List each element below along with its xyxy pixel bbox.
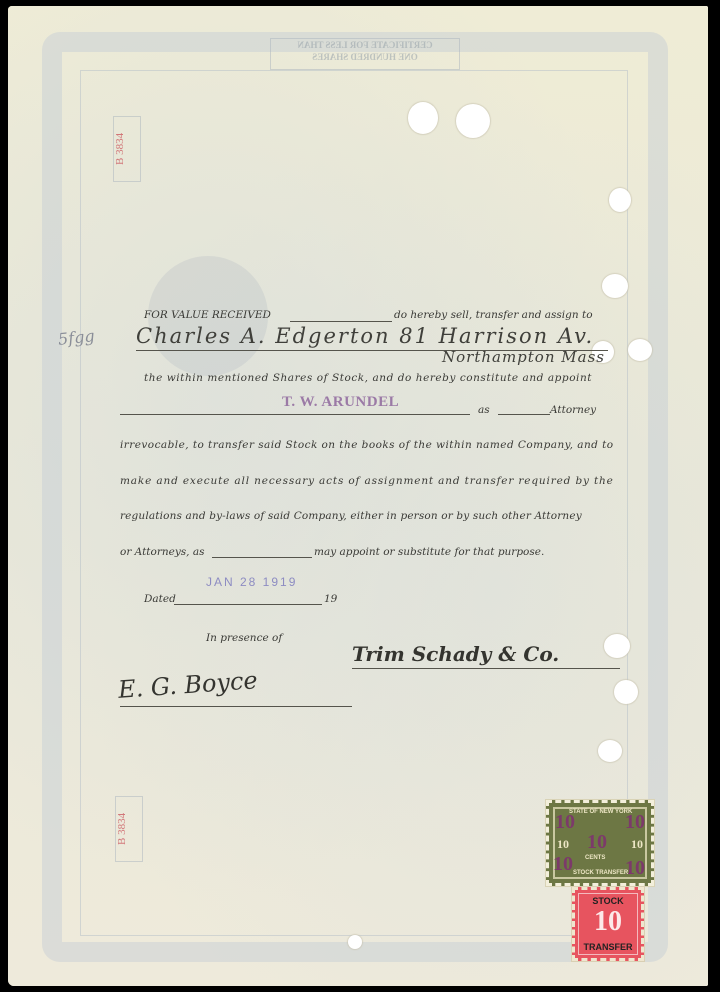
punch-hole [604, 634, 630, 658]
certificate-paper: CERTIFICATE FOR LESS THAN ONE HUNDRED SH… [8, 6, 708, 986]
in-presence-of-label: In presence of [206, 632, 282, 644]
overprint-bottom-right: 10 [625, 857, 645, 880]
attorney-name-stamp: T. W. ARUNDEL [282, 394, 399, 411]
attorney-name-line [120, 414, 470, 415]
stamp-purpose: STOCK TRANSFER [573, 870, 628, 876]
year-prefix: 19 [324, 593, 337, 605]
stamp-issuer: STATE OF NEW YORK [569, 809, 632, 815]
punch-hole [408, 102, 438, 134]
witness-line [120, 706, 352, 707]
as-label: as [478, 404, 490, 416]
irrevocable-text: irrevocable, to transfer said Stock on t… [120, 439, 614, 451]
substitute-blank-line [212, 557, 312, 558]
federal-stock-transfer-stamp: STOCK 10 TRANSFER [572, 887, 644, 961]
stamp-bottom-label: TRANSFER [575, 942, 641, 952]
assignor-signature: Trim Schady & Co. [352, 642, 559, 666]
stamp-value: 10 [575, 906, 641, 938]
assignee-address-handwritten: Northampton Mass [442, 348, 605, 366]
header-bleed-line-2: ONE HUNDRED SHARES [271, 51, 459, 63]
appoint-substitute-text: may appoint or substitute for that purpo… [314, 546, 544, 558]
sell-transfer-assign-text: do hereby sell, transfer and assign to [394, 309, 593, 321]
overprint-center: 10 [587, 831, 607, 854]
punch-hole [609, 188, 631, 212]
overprint-bottom-left: 10 [553, 853, 573, 876]
assignor-signature-line [352, 668, 620, 669]
punch-hole [614, 680, 638, 704]
attorney-label: Attorney [550, 404, 596, 416]
header-bleed-through: CERTIFICATE FOR LESS THAN ONE HUNDRED SH… [270, 38, 460, 70]
shares-of-stock-text: the within mentioned Shares of Stock, an… [144, 372, 592, 384]
stamp-denomination: CENTS [585, 855, 605, 861]
punch-hole [456, 104, 490, 138]
assignor-blank-line [290, 321, 392, 322]
stamp-side-value-left: 10 [557, 837, 569, 852]
dated-label: Dated [144, 593, 176, 605]
attorney-as-line [498, 414, 550, 415]
punch-hole [602, 274, 628, 298]
date-stamp: JAN 28 1919 [206, 575, 297, 589]
stamp-top-label: STOCK [575, 896, 641, 906]
margin-pencil-note: 5fgg [57, 326, 95, 349]
overprint-top-left: 10 [555, 811, 575, 834]
execute-acts-text: make and execute all necessary acts of a… [120, 475, 614, 487]
for-value-received-label: FOR VALUE RECEIVED [144, 309, 271, 321]
header-bleed-line-1: CERTIFICATE FOR LESS THAN [271, 39, 459, 51]
ny-stock-transfer-stamp: STATE OF NEW YORK 10 10 10 10 10 10 10 C… [546, 800, 654, 886]
overprint-top-right: 10 [625, 811, 645, 834]
date-line [174, 604, 322, 605]
certificate-number-bottom: B 3834 [115, 796, 143, 862]
punch-hole [598, 740, 622, 762]
regulations-text: regulations and by-laws of said Company,… [120, 510, 582, 522]
certificate-number-top: B 3834 [113, 116, 141, 182]
stamp-side-value-right: 10 [631, 837, 643, 852]
assignee-name-handwritten: Charles A. Edgerton 81 Harrison Av. [136, 324, 594, 348]
attorneys-as-text: or Attorneys, as [120, 546, 204, 558]
punch-hole [628, 339, 652, 361]
punch-hole [348, 935, 362, 949]
